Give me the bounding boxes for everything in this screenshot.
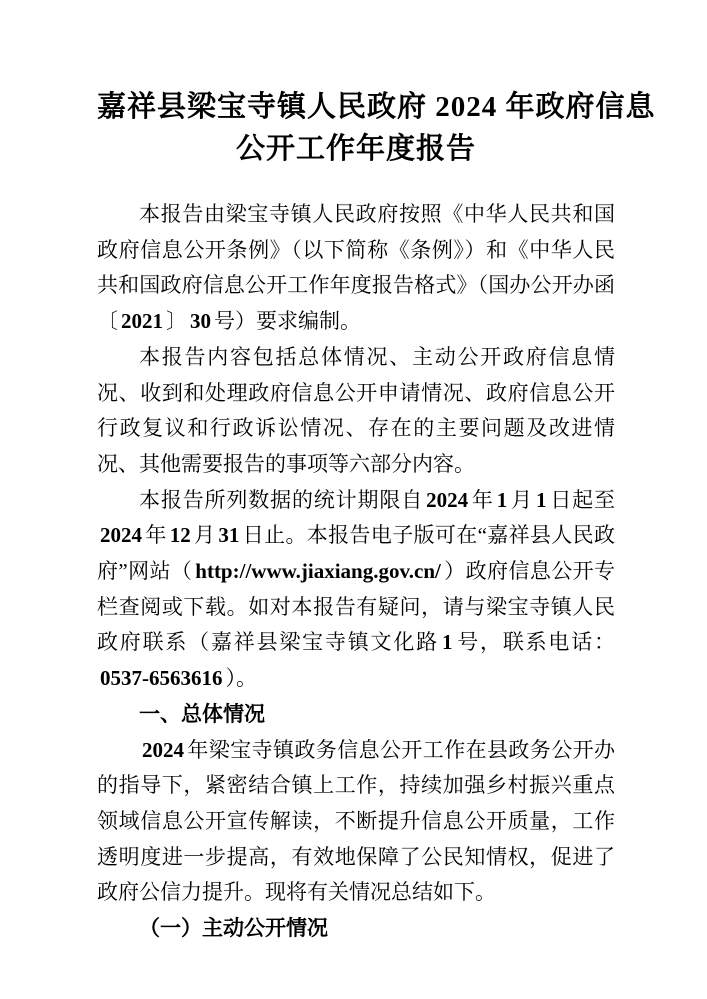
text-run: 年梁宝寺镇政务信息公开工作在县政务公开办的指导下，紧密结合镇上工作，持续加强乡村… bbox=[97, 738, 615, 905]
document-title-line-1: 嘉祥县梁宝寺镇人民政府 2024 年政府信息 bbox=[97, 86, 615, 128]
paragraph-report-contents: 本报告内容包括总体情况、主动公开政府信息情况、收到和处理政府信息公开申请情况、政… bbox=[97, 340, 615, 483]
bold-numeral-run: 2021 bbox=[121, 309, 163, 333]
paragraph-compilation-basis: 本报告由梁宝寺镇人民政府按照《中华人民共和国政府信息公开条例》（以下简称《条例》… bbox=[97, 197, 615, 340]
bold-numeral-run: 1 bbox=[442, 630, 453, 654]
bold-numeral-run: 30 bbox=[190, 309, 211, 333]
paragraph-overall-summary: 2024年梁宝寺镇政务信息公开工作在县政务公开办的指导下，紧密结合镇上工作，持续… bbox=[97, 733, 615, 912]
text-run: 日起至 bbox=[549, 488, 615, 512]
text-run: 月 bbox=[510, 488, 533, 512]
section-heading-overall-situation: 一、总体情况 bbox=[97, 697, 615, 733]
text-run: 年 bbox=[471, 488, 494, 512]
bold-numeral-run: http://www.jiaxiang.gov.cn/ bbox=[195, 559, 441, 583]
text-run: ）。 bbox=[226, 666, 258, 690]
bold-numeral-run: 0537-6563616 bbox=[100, 666, 223, 690]
document-title-line-2: 公开工作年度报告 bbox=[97, 128, 615, 170]
text-run: 本报告所列数据的统计期限自 bbox=[139, 488, 423, 512]
bold-numeral-run: 1 bbox=[497, 488, 508, 512]
text-run: 月 bbox=[194, 523, 216, 547]
bold-numeral-run: 1 bbox=[536, 488, 547, 512]
text-run: 年 bbox=[145, 523, 167, 547]
text-run: 本报告内容包括总体情况、主动公开政府信息情况、收到和处理政府信息公开申请情况、政… bbox=[97, 345, 615, 476]
document-title: 嘉祥县梁宝寺镇人民政府 2024 年政府信息 公开工作年度报告 bbox=[97, 86, 615, 170]
paragraph-statistics-period-contact: 本报告所列数据的统计期限自2024年1月1日起至2024年12月31日止。本报告… bbox=[97, 483, 615, 697]
text-run: 号）要求编制。 bbox=[214, 309, 361, 333]
bold-numeral-run: 2024 bbox=[142, 738, 184, 762]
document-page: 嘉祥县梁宝寺镇人民政府 2024 年政府信息 公开工作年度报告 本报告由梁宝寺镇… bbox=[0, 0, 707, 999]
text-run: 号，联系电话： bbox=[455, 630, 615, 654]
bold-numeral-run: 2024 bbox=[426, 488, 468, 512]
bold-numeral-run: 12 bbox=[170, 523, 191, 547]
bold-numeral-run: 2024 bbox=[100, 523, 142, 547]
bold-numeral-run: 31 bbox=[218, 523, 239, 547]
document-body: 本报告由梁宝寺镇人民政府按照《中华人民共和国政府信息公开条例》（以下简称《条例》… bbox=[97, 197, 615, 947]
subsection-heading-proactive-disclosure: （一）主动公开情况 bbox=[97, 911, 615, 947]
text-run: 〕 bbox=[166, 309, 187, 333]
